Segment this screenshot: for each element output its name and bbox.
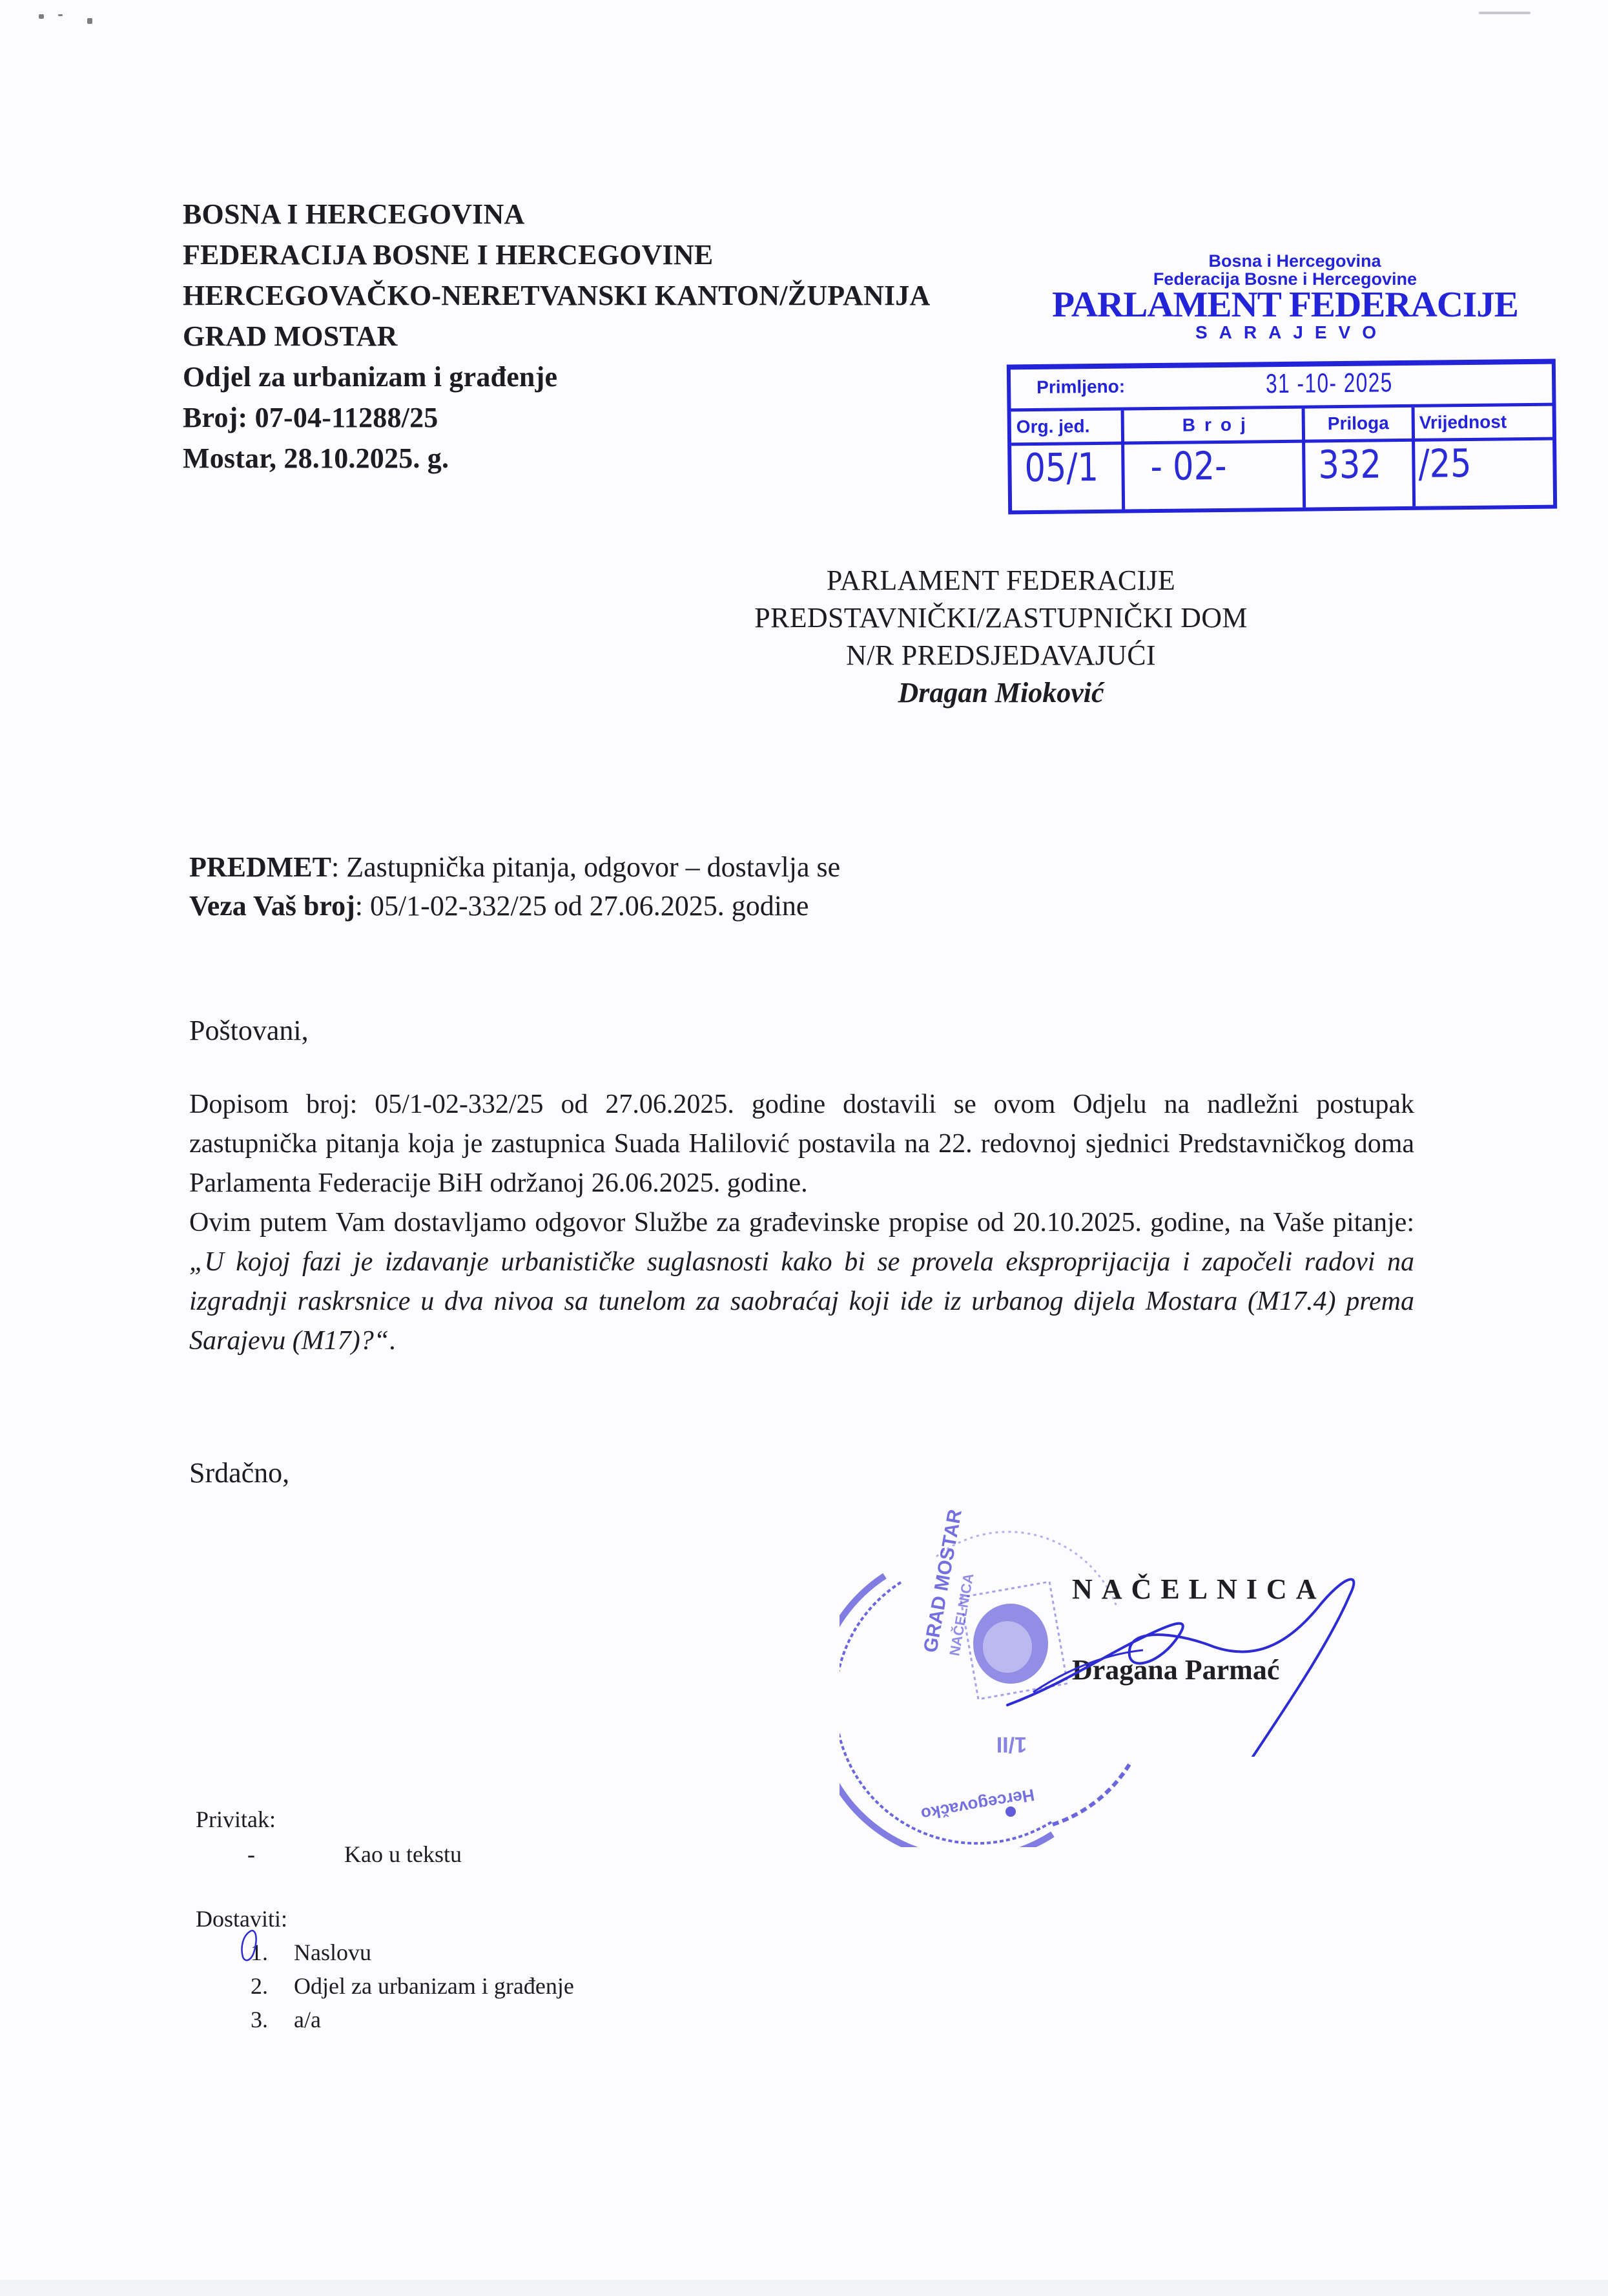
handwritten-attachments: 332 bbox=[1318, 442, 1381, 488]
col-value: Vrijednost bbox=[1419, 411, 1507, 433]
place-date: Mostar, 28.10.2025. g. bbox=[183, 438, 930, 479]
body-paragraph-2-end: . bbox=[389, 1326, 396, 1356]
attachments-label: Privitak: bbox=[196, 1802, 462, 1837]
subject-text: : Zastupnička pitanja, odgovor – dostavl… bbox=[331, 851, 840, 883]
distribution-block: Dostaviti: 1. Naslovu 2. Odjel za urbani… bbox=[196, 1902, 287, 2036]
subject-block: PREDMET: Zastupnička pitanja, odgovor – … bbox=[189, 848, 840, 926]
addressee-parliament: PARLAMENT FEDERACIJE bbox=[646, 562, 1356, 599]
stamp-registry-table: Primljeno: 31 -10- 2025 Org. jed. Broj P… bbox=[1007, 359, 1557, 515]
handwritten-org-unit: 05/1 bbox=[1024, 445, 1098, 491]
signature-icon bbox=[982, 1569, 1395, 1757]
attachment-text: Kao u tekstu bbox=[247, 1841, 462, 1867]
received-label: Primljeno: bbox=[1036, 377, 1125, 398]
stamp-received-row: Primljeno: 31 -10- 2025 bbox=[1011, 364, 1552, 412]
scan-edge bbox=[0, 2280, 1608, 2296]
handwritten-circle-icon bbox=[238, 1928, 263, 1963]
scan-artifact bbox=[36, 10, 100, 29]
handwritten-number: - 02- bbox=[1150, 444, 1227, 490]
col-org-unit: Org. jed. bbox=[1016, 416, 1090, 437]
handwritten-year: /25 bbox=[1418, 441, 1472, 487]
body-paragraph-2: Ovim putem Vam dostavljamo odgovor Služb… bbox=[189, 1203, 1414, 1361]
body-paragraph-1: Dopisom broj: 05/1-02-332/25 od 27.06.20… bbox=[189, 1085, 1414, 1203]
addressee-block: PARLAMENT FEDERACIJE PREDSTAVNIČKI/ZASTU… bbox=[646, 562, 1356, 712]
addressee-name: Dragan Mioković bbox=[646, 674, 1356, 712]
greeting: Poštovani, bbox=[189, 1014, 309, 1047]
body-paragraph-2-intro: Ovim putem Vam dostavljamo odgovor Služb… bbox=[189, 1208, 1414, 1237]
stamp-parliament: PARLAMENT FEDERACIJE bbox=[1002, 288, 1568, 322]
reference-label: Veza Vaš broj bbox=[189, 890, 355, 922]
reference-number: Broj: 07-04-11288/25 bbox=[183, 397, 930, 438]
canton-line: HERCEGOVAČKO-NERETVANSKI KANTON/ŽUPANIJA bbox=[183, 275, 930, 316]
letter-body: Dopisom broj: 05/1-02-332/25 od 27.06.20… bbox=[189, 1085, 1414, 1361]
attachment-bullet: - bbox=[247, 1837, 255, 1872]
city-line: GRAD MOSTAR bbox=[183, 316, 930, 357]
sender-header: BOSNA I HERCEGOVINA FEDERACIJA BOSNE I H… bbox=[183, 194, 930, 479]
department-line: Odjel za urbanizam i građenje bbox=[183, 357, 930, 397]
question-quote: „U kojoj fazi je izdavanje urbanističke … bbox=[189, 1247, 1414, 1356]
received-stamp: Bosna i Hercegovina Federacija Bosne i H… bbox=[1007, 252, 1563, 344]
distribution-item: 3. a/a bbox=[196, 2003, 287, 2036]
scan-artifact bbox=[1479, 12, 1531, 14]
received-date: 31 -10- 2025 bbox=[1266, 367, 1393, 399]
svg-text:Hercegovačko: Hercegovačko bbox=[920, 1785, 1036, 1824]
distribution-item: 2. Odjel za urbanizam i građenje bbox=[196, 1969, 287, 2003]
addressee-attention: N/R PREDSJEDAVAJUĆI bbox=[646, 637, 1356, 674]
attachment-item: - Kao u tekstu bbox=[196, 1837, 462, 1872]
col-number: Broj bbox=[1182, 414, 1255, 435]
federation-line: FEDERACIJA BOSNE I HERCEGOVINE bbox=[183, 234, 930, 275]
addressee-house: PREDSTAVNIČKI/ZASTUPNIČKI DOM bbox=[646, 599, 1356, 637]
closing: Srdačno, bbox=[189, 1456, 289, 1489]
subject-label: PREDMET bbox=[189, 851, 331, 883]
stamp-country: Bosna i Hercegovina bbox=[1007, 252, 1563, 270]
attachments-block: Privitak: - Kao u tekstu bbox=[196, 1802, 462, 1872]
country-line: BOSNA I HERCEGOVINA bbox=[183, 194, 930, 234]
col-attachments: Priloga bbox=[1328, 413, 1389, 434]
stamp-city: SARAJEVO bbox=[1007, 322, 1563, 344]
reference-text: : 05/1-02-332/25 od 27.06.2025. godine bbox=[355, 890, 809, 922]
